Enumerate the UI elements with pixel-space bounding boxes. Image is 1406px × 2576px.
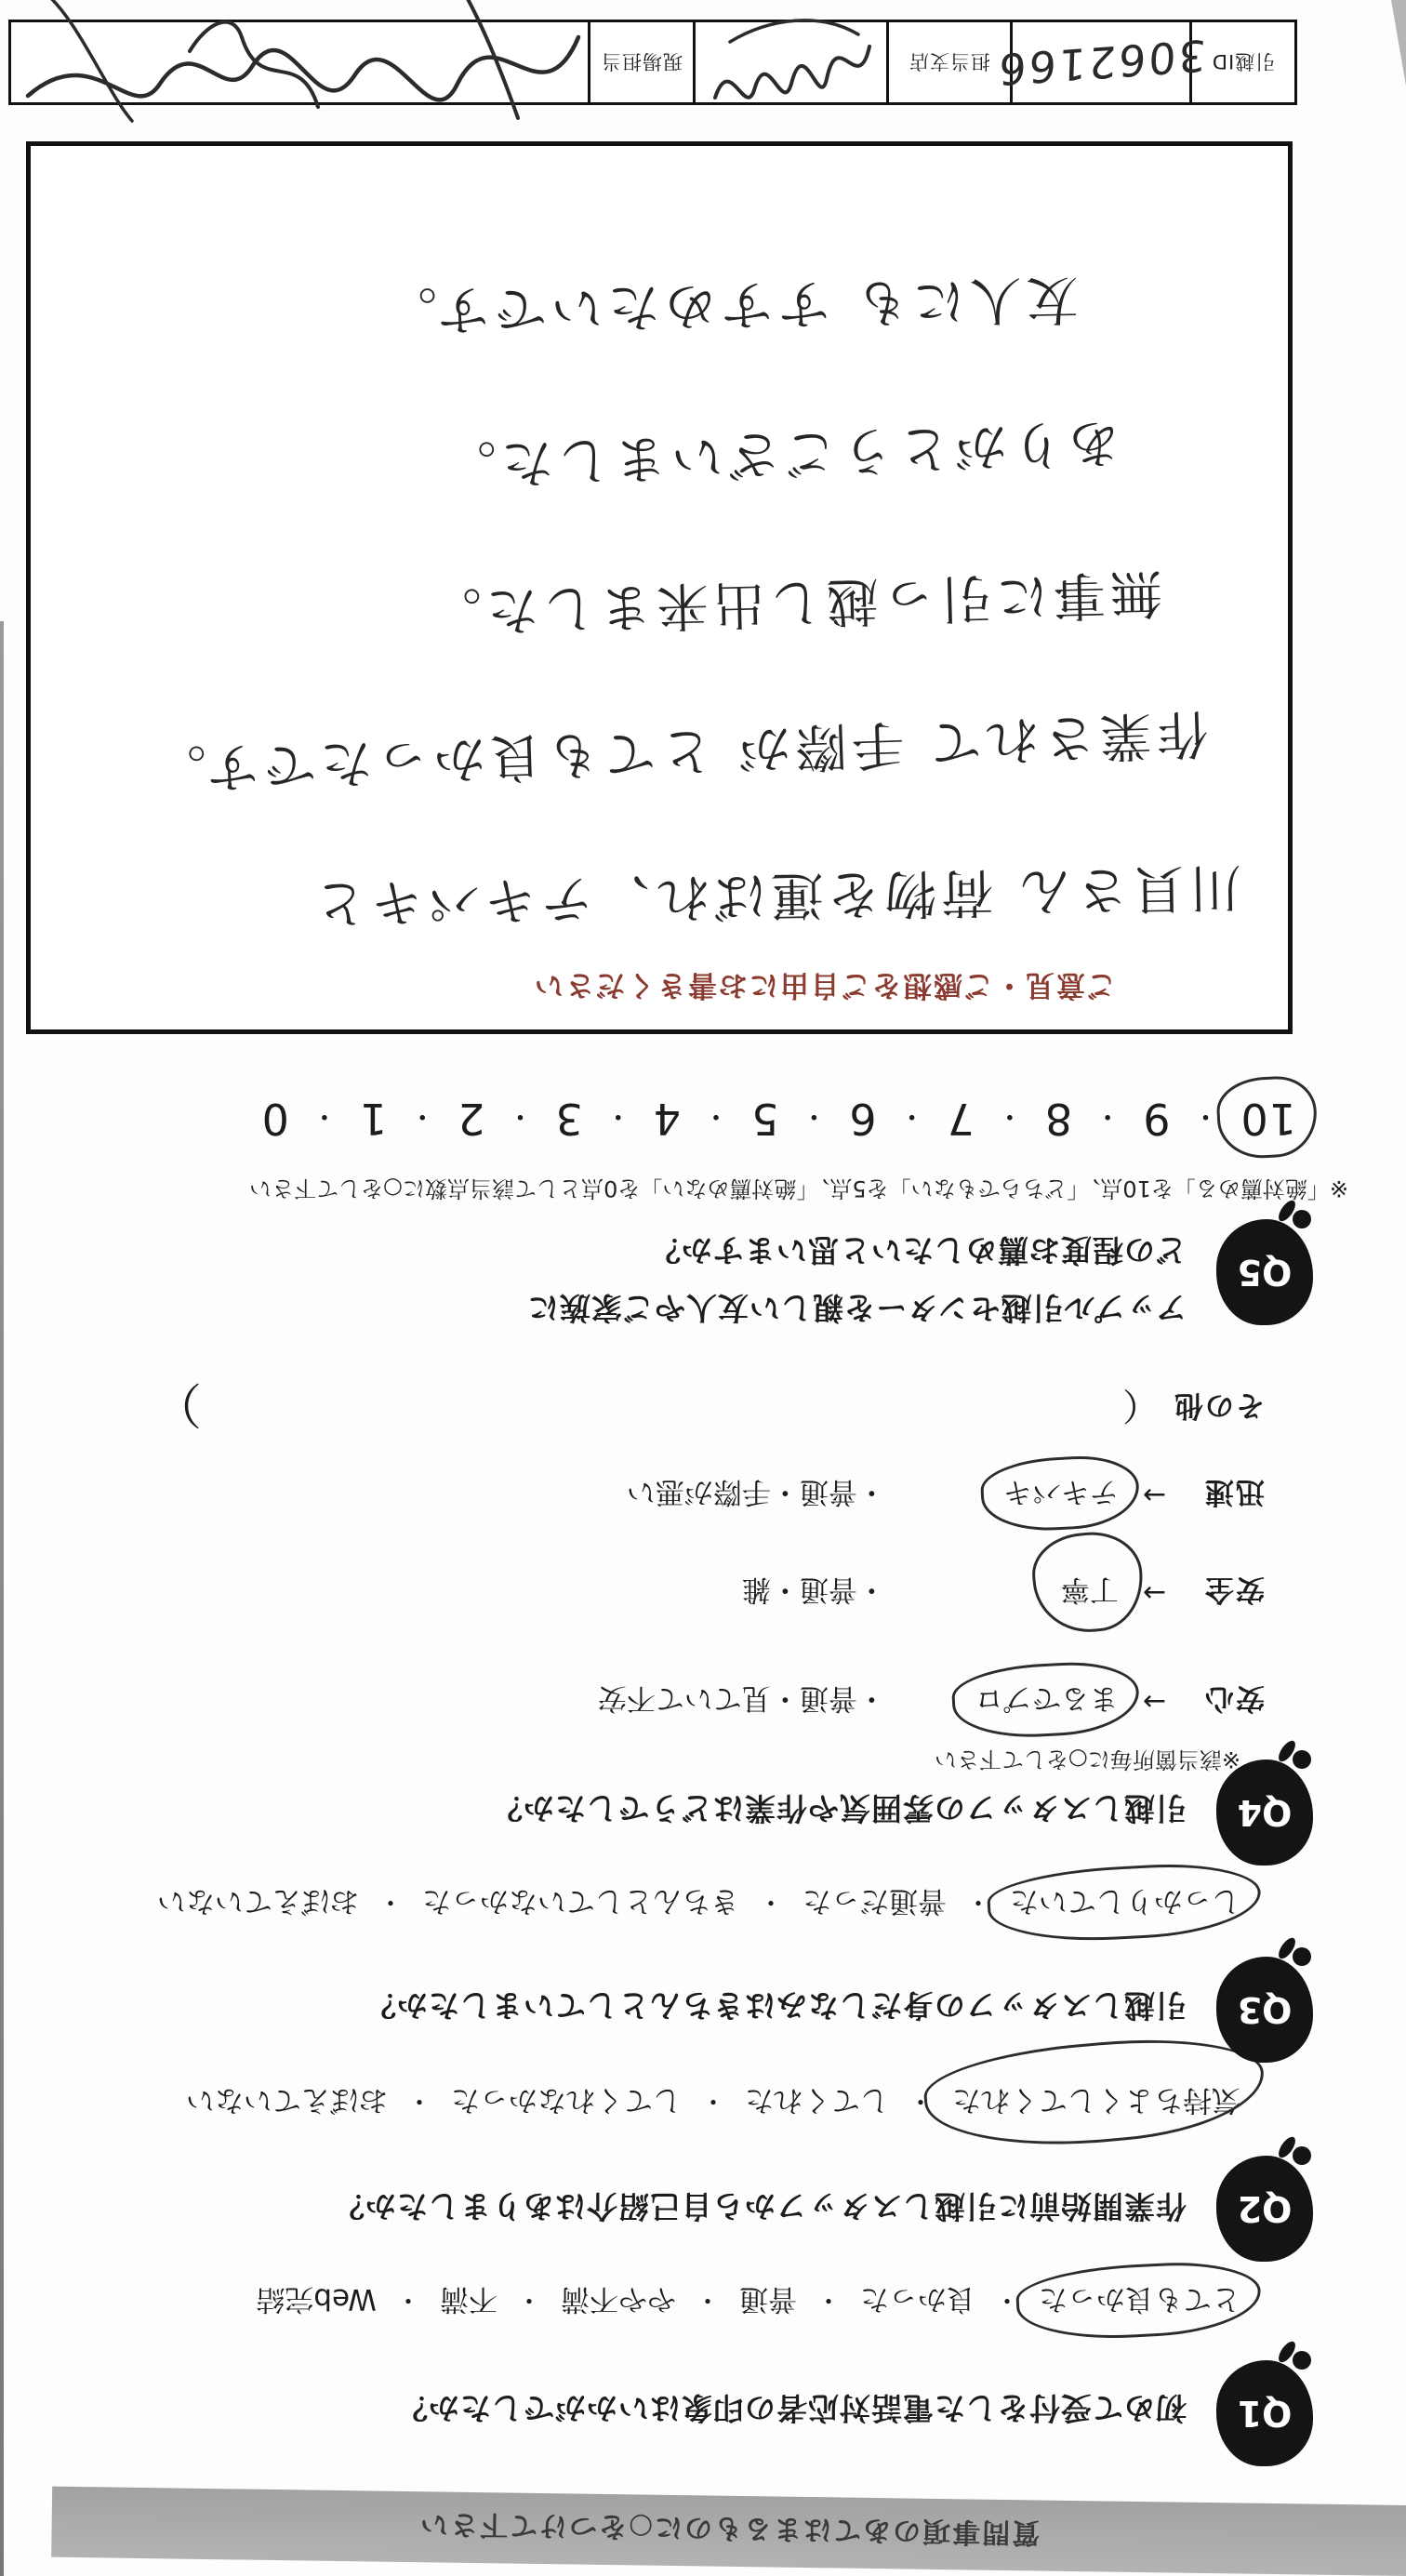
handwritten-comment-line: 川貝さん 荷物を運ばれ、テキパキと [309, 854, 1241, 944]
option-separator: ・ [965, 1886, 991, 1923]
scale-separator: ・ [310, 1098, 338, 1139]
q1-option: 普通 [739, 2281, 797, 2323]
q5-scale-value: 0 [261, 1094, 289, 1144]
option-separator: ・ [695, 2284, 721, 2321]
option-separator: ・ [516, 2284, 542, 2321]
q5-question-line2: どの程度お薦めしたいと思いますか？ [649, 1230, 1187, 1274]
q2-option: おぼえていない [186, 2082, 388, 2124]
q1-option: 良かった [860, 2281, 975, 2323]
q1-option: Web完結 [256, 2281, 377, 2323]
q5-note: ※「絶対薦める」を10点、「どちらでもない」を5点、「絶対薦めない」を0点として… [249, 1175, 1348, 1207]
q5-question-line1: アップル引越センターを親しい友人やご家族に [527, 1288, 1187, 1332]
id-table-value-cell: 3062166 [1010, 22, 1189, 102]
option-separator: ・ [378, 1886, 404, 1923]
q3-option: おぼえていない [157, 1883, 359, 1925]
q4-row3-option: 普通 [800, 1474, 857, 1516]
q1-options: とても良かった ・ 良かった ・ 普通 ・ やや不満 ・ 不満 ・ Web完結 [256, 2281, 1240, 2323]
q5-scale: 10 ・ 9 ・ 8 ・ 7 ・ 6 ・ 5 ・ 4 ・ 3 ・ 2 ・ 1 ・… [261, 1094, 1296, 1144]
q4-row2-option: 普通 [800, 1572, 857, 1613]
option-separator: ・ [857, 1474, 886, 1516]
q5-scale-value: 3 [554, 1094, 582, 1144]
option-separator: ・ [700, 2085, 726, 2122]
id-table-value-cell [693, 22, 886, 102]
q4-row-label: 安全 [1172, 1572, 1265, 1613]
q2-options: 気持ちよくしてくれた ・ してくれた ・ してくれなかった ・ おぼえていない [186, 2082, 1240, 2124]
q4-row3-selected: テキパキ [1003, 1474, 1119, 1516]
q4-row1-selected: まるでプロ [975, 1680, 1119, 1722]
q4-question: 引越しスタッフの雰囲気や作業はどうでしたか？ [491, 1788, 1187, 1832]
q4-row-label: 迅速 [1172, 1474, 1265, 1516]
option-separator: ・ [771, 1680, 800, 1722]
q1-option-selected: とても良かった [1039, 2281, 1240, 2323]
q5-scale-value: 8 [1044, 1094, 1072, 1144]
scale-separator: ・ [407, 1098, 436, 1139]
q1-option: やや不満 [561, 2281, 676, 2323]
paren-open: （ [1122, 1382, 1160, 1435]
scale-separator: ・ [1093, 1098, 1121, 1139]
q5-scale-value: 1 [359, 1094, 387, 1144]
option-separator: ・ [994, 2284, 1020, 2321]
id-table-value-cell [11, 22, 588, 102]
option-separator: ・ [406, 2085, 432, 2122]
q4-other-row: その他 （ ） [153, 1374, 1265, 1443]
q2-question: 作業開始前に引越しスタッフから自己紹介はありましたか？ [333, 2186, 1187, 2230]
handwritten-names-scribble [0, 0, 597, 153]
q4-row-anzen: 安全 → 丁寧 ・ 普通 ・ 雑 [742, 1572, 1265, 1613]
scale-separator: ・ [897, 1098, 926, 1139]
handwritten-signature-scribble [696, 0, 886, 135]
option-separator: ・ [857, 1680, 886, 1722]
scan-edge-artifact [0, 621, 4, 2576]
q4-row2-selected: 丁寧 [1061, 1572, 1119, 1613]
option-separator: ・ [758, 1886, 784, 1923]
scale-separator: ・ [1190, 1098, 1219, 1139]
q4-row1-option: 見ていて不安 [598, 1680, 771, 1722]
q4-row-anshin: 安心 → まるでプロ ・ 普通 ・ 見ていて不安 [598, 1680, 1265, 1722]
handwritten-comment-line: 作業されて 手際が とても良かったです。 [149, 699, 1210, 811]
q1-option: 不満 [440, 2281, 497, 2323]
option-separator: ・ [771, 1572, 800, 1613]
q4-row-label: 安心 [1172, 1680, 1265, 1722]
q3-options: しっかりしていた ・ 普通だった ・ きちんとしていなかった ・ おぼえていない [157, 1883, 1240, 1925]
section-title: 質問事項のあてはまるものに○をつけて下さい [418, 2506, 1041, 2556]
q5-scale-value: 4 [653, 1094, 681, 1144]
q4-note: ※該当箇所毎に○をして下さい [935, 1746, 1240, 1778]
q5-scale-value: 9 [1142, 1094, 1170, 1144]
q1-badge: Q1 [1216, 2360, 1313, 2466]
q3-option: きちんとしていなかった [422, 1883, 739, 1925]
q3-option: 普通だった [802, 1883, 947, 1925]
id-table-label-cell: 担当支店 [886, 22, 1010, 102]
arrow-icon: → [1143, 1576, 1166, 1609]
site-staff-label: 現場担当 [601, 48, 683, 76]
q5-scale-value: 6 [848, 1094, 876, 1144]
q3-question: 引越しスタッフの身だしなみはきちんとしていましたか？ [365, 1985, 1187, 2029]
q2-badge: Q2 [1216, 2156, 1313, 2262]
q5-scale-selected: 10 [1240, 1094, 1296, 1144]
option-separator: ・ [908, 2085, 934, 2122]
handwritten-comment-line: 無事に引っ越し出来ました。 [424, 560, 1163, 654]
handwritten-comment-line: 友人にも すすめたいです。 [379, 265, 1079, 352]
moving-id-handwritten-value: 3062166 [995, 30, 1206, 95]
paren-close: ） [153, 1374, 202, 1443]
option-separator: ・ [857, 1572, 886, 1613]
q4-other-label: その他 [1173, 1388, 1265, 1429]
q4-row1-option: 普通 [800, 1680, 857, 1722]
scale-separator: ・ [995, 1098, 1024, 1139]
option-separator: ・ [771, 1474, 800, 1516]
q5-scale-value: 7 [947, 1094, 975, 1144]
q3-option-selected: しっかりしていた [1010, 1883, 1240, 1925]
scale-separator: ・ [505, 1098, 534, 1139]
scanned-survey-page: { "separator": "・", "arrow": "→", "bar":… [0, 0, 1406, 2576]
scale-separator: ・ [799, 1098, 828, 1139]
option-separator: ・ [816, 2284, 842, 2321]
q2-option-selected: 気持ちよくしてくれた [952, 2082, 1240, 2124]
moving-id-label: 引越ID [1212, 48, 1275, 76]
arrow-icon: → [1143, 1685, 1166, 1718]
q4-row-jinsoku: 迅速 → テキパキ ・ 普通 ・ 手際が悪い [627, 1474, 1265, 1516]
q1-question: 初めて受付をした電話対応者の印象はいかがでしたか？ [396, 2388, 1187, 2432]
q4-row2-option: 雑 [742, 1572, 771, 1613]
comment-box: ご意見・ご感想をご自由にお書きください 川貝さん 荷物を運ばれ、テキパキと 作業… [26, 141, 1293, 1034]
arrow-icon: → [1143, 1479, 1166, 1511]
scan-corner-artifact [1391, 0, 1406, 86]
comment-box-title: ご意見・ご感想をご自由にお書きください [533, 967, 1116, 1009]
section-title-bar: 質問事項のあてはまるものに○をつけて下さい [51, 2487, 1406, 2576]
q2-option: してくれた [745, 2082, 889, 2124]
id-table: 引越ID 3062166 担当支店 現場担当 [8, 20, 1297, 105]
q5-scale-value: 2 [457, 1094, 484, 1144]
q2-option: してくれなかった [451, 2082, 682, 2124]
scale-separator: ・ [604, 1098, 632, 1139]
survey-sheet: 質問事項のあてはまるものに○をつけて下さい Q1 初めて受付をした電話対応者の印… [0, 0, 1406, 2576]
q5-scale-value: 5 [750, 1094, 778, 1144]
q3-badge: Q3 [1216, 1957, 1313, 2063]
option-separator: ・ [395, 2284, 421, 2321]
branch-label: 担当支店 [909, 48, 990, 76]
id-table-label-cell: 現場担当 [588, 22, 693, 102]
handwritten-comment-line: ありがとうございました。 [439, 408, 1121, 506]
q5-badge: Q5 [1216, 1219, 1313, 1325]
scale-separator: ・ [701, 1098, 730, 1139]
q4-row3-option: 手際が悪い [627, 1474, 771, 1516]
